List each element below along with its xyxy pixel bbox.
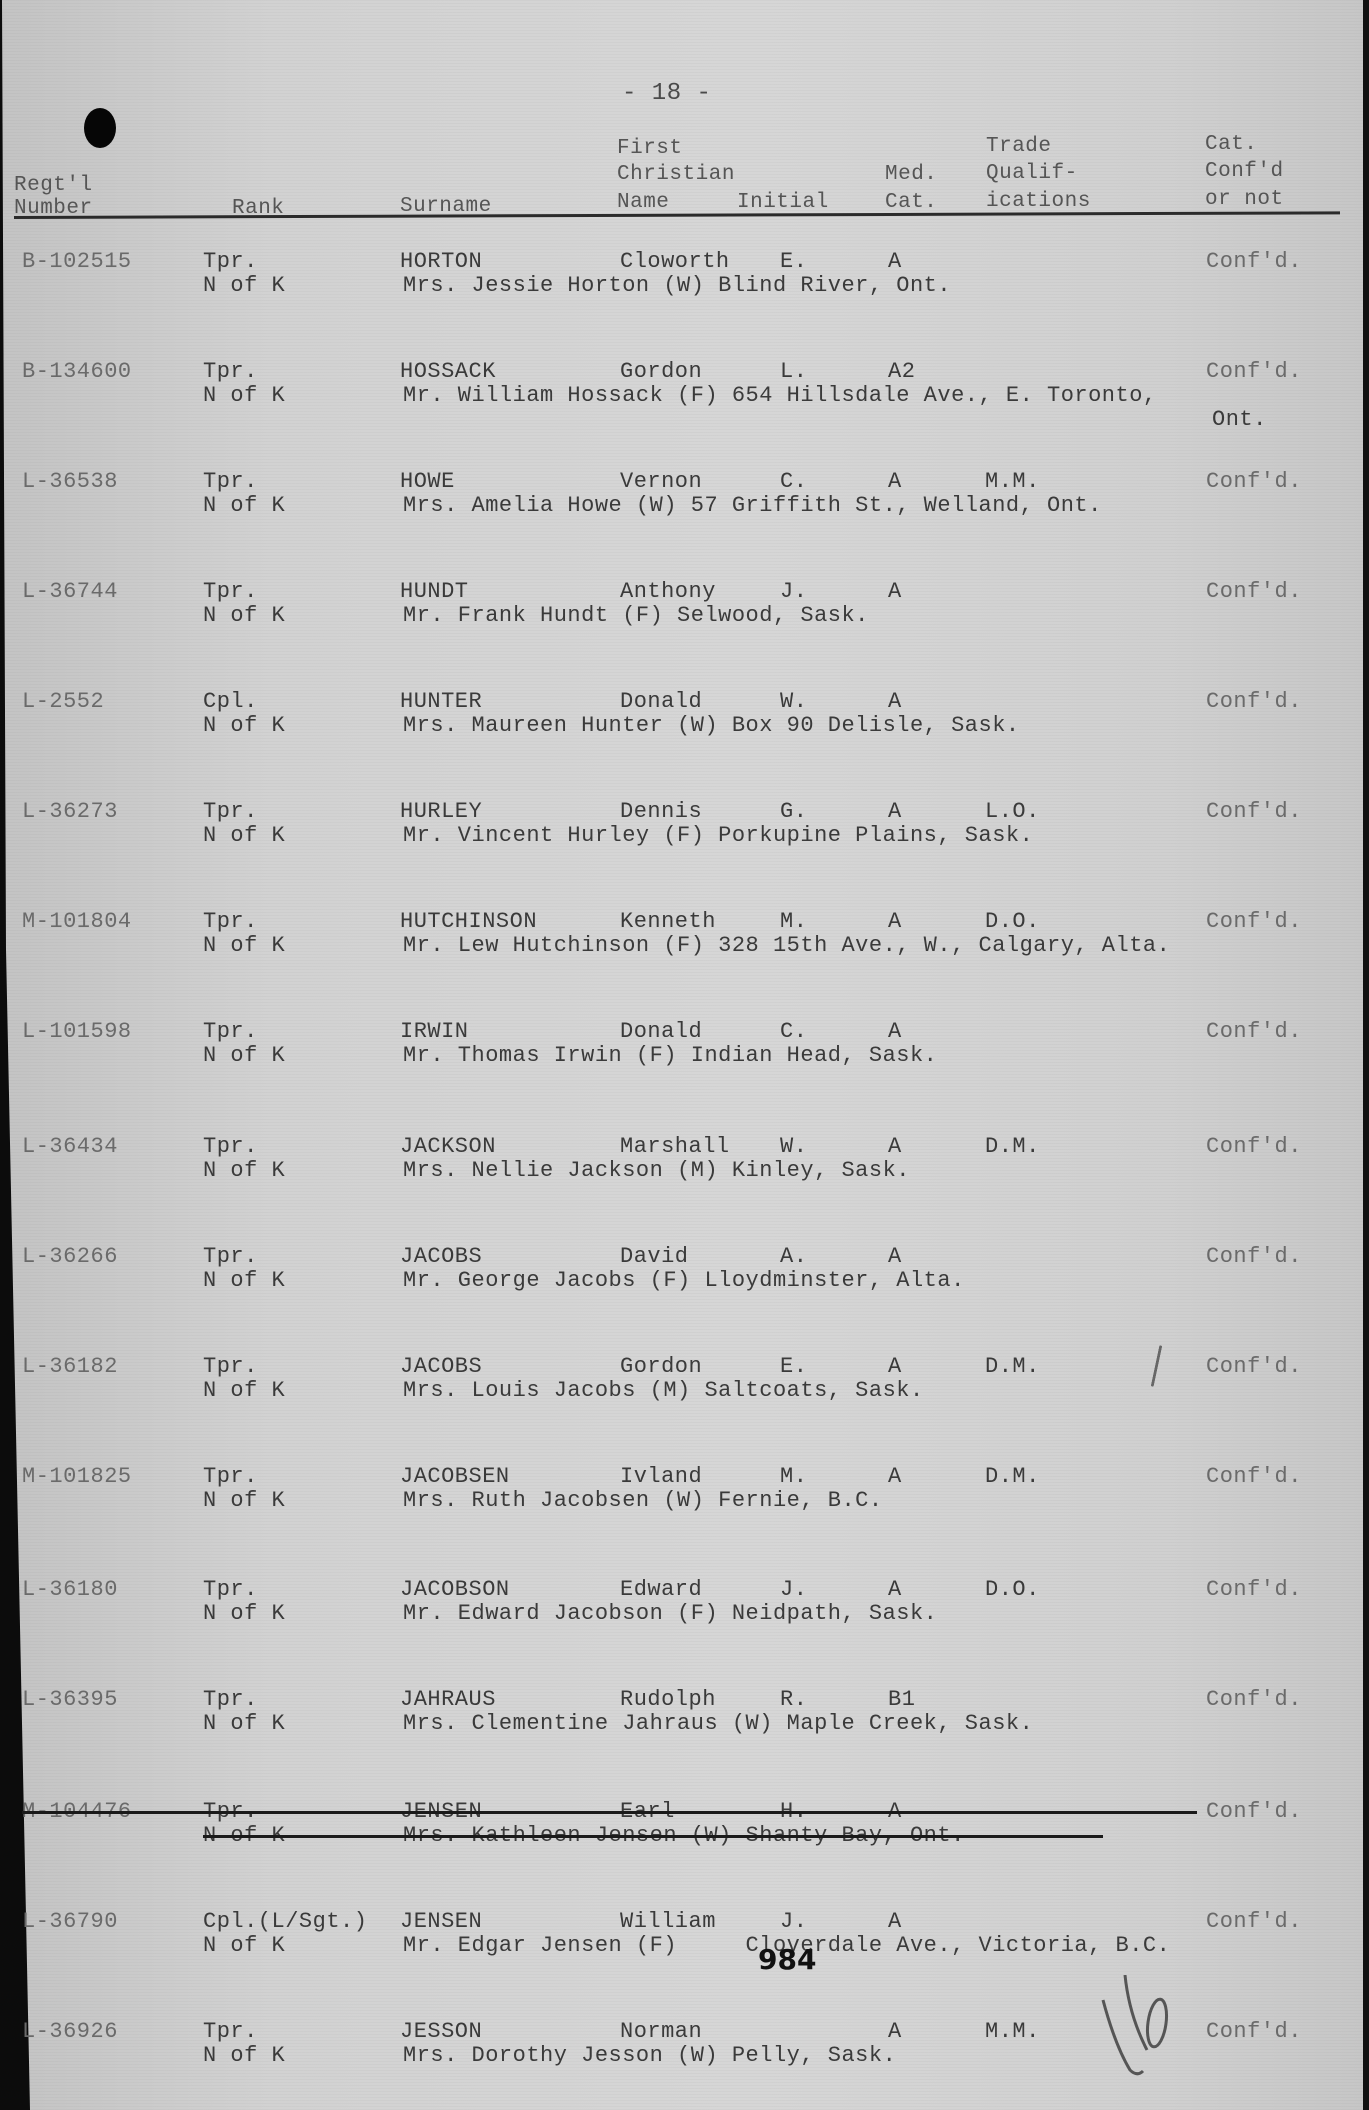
entry-med-cat: A: [888, 800, 902, 824]
scanned-page: - 18 - Regt'l Number Rank Surname First …: [0, 0, 1369, 2110]
header-initial: Initial: [737, 190, 829, 215]
entry-number: L-36180: [22, 1578, 118, 1602]
entry-number: L-36926: [22, 2020, 118, 2044]
entry-initial: J.: [780, 1578, 807, 1602]
roll-entry: L-36273Tpr.HURLEYDennisG.AL.O.Conf'd.N o…: [0, 800, 1369, 860]
entry-status: Conf'd.: [1206, 1800, 1302, 1824]
header-cat-confd-3: or not: [1205, 187, 1284, 212]
entry-trade: M.M.: [985, 470, 1040, 494]
entry-rank: Tpr.: [203, 1688, 258, 1712]
entry-med-cat: A: [888, 910, 902, 934]
entry-next-of-kin: Mrs. Jessie Horton (W) Blind River, Ont.: [403, 274, 951, 298]
roll-entry: L-101598Tpr.IRWINDonaldC.AConf'd.N of KM…: [0, 1020, 1369, 1080]
entry-status: Conf'd.: [1206, 800, 1302, 824]
entry-initial: M.: [780, 910, 807, 934]
roll-entry: L-36182Tpr.JACOBSGordonE.AD.M.Conf'd.N o…: [0, 1355, 1369, 1415]
roll-entry: L-36538Tpr.HOWEVernonC.AM.M.Conf'd.N of …: [0, 470, 1369, 530]
entry-surname: JENSEN: [400, 1910, 482, 1934]
entry-rank: Cpl.: [203, 690, 258, 714]
entry-status: Conf'd.: [1206, 1135, 1302, 1159]
entry-number: L-36790: [22, 1910, 118, 1934]
entry-surname: HORTON: [400, 250, 482, 274]
entry-next-of-kin: Mr. Edward Jacobson (F) Neidpath, Sask.: [403, 1602, 937, 1626]
entry-med-cat: A: [888, 1020, 902, 1044]
entry-surname: JACOBS: [400, 1355, 482, 1379]
entry-status: Conf'd.: [1206, 690, 1302, 714]
entry-trade: D.O.: [985, 910, 1040, 934]
entry-rank: Tpr.: [203, 470, 258, 494]
entry-next-of-kin: Mrs. Dorothy Jesson (W) Pelly, Sask.: [403, 2044, 896, 2068]
entry-surname: JESSON: [400, 2020, 482, 2044]
entry-status: Conf'd.: [1206, 580, 1302, 604]
entry-nok-label: N of K: [203, 714, 285, 738]
entry-initial: G.: [780, 800, 807, 824]
entry-next-of-kin: Mr. Lew Hutchinson (F) 328 15th Ave., W.…: [403, 934, 1170, 958]
entry-rank: Tpr.: [203, 2020, 258, 2044]
entry-next-of-kin: Mr. Frank Hundt (F) Selwood, Sask.: [403, 604, 869, 628]
entry-initial: C.: [780, 1020, 807, 1044]
entry-first-name: Anthony: [620, 580, 716, 604]
entry-next-of-kin: Mrs. Amelia Howe (W) 57 Griffith St., We…: [403, 494, 1102, 518]
strikethrough-line: [22, 1811, 1197, 1814]
roll-entry: M-104476Tpr.JENSENEarlH.AConf'd.N of KMr…: [0, 1800, 1369, 1860]
strikethrough-line: [203, 1835, 1103, 1838]
roll-entry: L-2552Cpl.HUNTERDonaldW.AConf'd.N of KMr…: [0, 690, 1369, 750]
entry-next-of-kin: Mr. George Jacobs (F) Lloydminster, Alta…: [403, 1269, 965, 1293]
entry-med-cat: A: [888, 1465, 902, 1489]
handwritten-house-number: 984: [758, 1943, 816, 1976]
entry-surname: JACOBS: [400, 1245, 482, 1269]
entry-med-cat: A: [888, 1578, 902, 1602]
entry-number: M-101804: [22, 910, 132, 934]
entry-first-name: Norman: [620, 2020, 702, 2044]
header-med-cat-1: Med.: [885, 162, 937, 187]
entry-number: L-36744: [22, 580, 118, 604]
entry-med-cat: A: [888, 2020, 902, 2044]
entry-status: Conf'd.: [1206, 1020, 1302, 1044]
entry-number: L-36182: [22, 1355, 118, 1379]
entry-status: Conf'd.: [1206, 1355, 1302, 1379]
roll-entry: L-36180Tpr.JACOBSONEdwardJ.AD.O.Conf'd.N…: [0, 1578, 1369, 1638]
entry-number: L-36434: [22, 1135, 118, 1159]
header-first-name-2: Christian: [617, 162, 735, 187]
entry-trade: D.M.: [985, 1465, 1040, 1489]
entry-nok-label: N of K: [203, 274, 285, 298]
entry-nok-label: N of K: [203, 494, 285, 518]
entry-next-of-kin: Mrs. Clementine Jahraus (W) Maple Creek,…: [403, 1712, 1033, 1736]
entry-rank: Tpr.: [203, 1355, 258, 1379]
header-med-cat-2: Cat.: [885, 190, 937, 215]
entry-first-name: Rudolph: [620, 1688, 716, 1712]
entry-status: Conf'd.: [1206, 1910, 1302, 1934]
entry-status: Conf'd.: [1206, 250, 1302, 274]
entry-first-name: Cloworth: [620, 250, 730, 274]
entry-surname: IRWIN: [400, 1020, 469, 1044]
entry-nok-label: N of K: [203, 604, 285, 628]
entry-nok-label: N of K: [203, 1159, 285, 1183]
entry-surname: JAHRAUS: [400, 1688, 496, 1712]
entry-nok-label: N of K: [203, 1269, 285, 1293]
entry-number: B-102515: [22, 250, 132, 274]
entry-nok-label: N of K: [203, 1044, 285, 1068]
entry-med-cat: A: [888, 1355, 902, 1379]
entry-nok-label: N of K: [203, 1712, 285, 1736]
entry-next-of-kin: Mr. William Hossack (F) 654 Hillsdale Av…: [403, 384, 1157, 408]
entry-rank: Tpr.: [203, 1135, 258, 1159]
roll-entry: B-134600Tpr.HOSSACKGordonL.A2Conf'd.N of…: [0, 360, 1369, 420]
header-trade-3: ications: [986, 189, 1091, 214]
entry-first-name: William: [620, 1910, 716, 1934]
entry-initial: J.: [780, 580, 807, 604]
header-first-name-1: First: [617, 136, 683, 161]
entry-rank: Tpr.: [203, 1578, 258, 1602]
entry-rank: Tpr.: [203, 1245, 258, 1269]
entry-first-name: Kenneth: [620, 910, 716, 934]
entry-next-of-kin: Mrs. Ruth Jacobsen (W) Fernie, B.C.: [403, 1489, 883, 1513]
entry-surname: JACOBSON: [400, 1578, 510, 1602]
entry-med-cat: B1: [888, 1688, 915, 1712]
entry-initial: W.: [780, 690, 807, 714]
entry-trade: M.M.: [985, 2020, 1040, 2044]
entry-med-cat: A: [888, 470, 902, 494]
entry-rank: Tpr.: [203, 1020, 258, 1044]
entry-number: L-36273: [22, 800, 118, 824]
roll-entry: B-102515Tpr.HORTONCloworthE.AConf'd.N of…: [0, 250, 1369, 310]
entry-first-name: Dennis: [620, 800, 702, 824]
entry-med-cat: A: [888, 1245, 902, 1269]
entry-initial: M.: [780, 1465, 807, 1489]
roll-entry: L-36266Tpr.JACOBSDavidA.AConf'd.N of KMr…: [0, 1245, 1369, 1305]
entry-status: Conf'd.: [1206, 1465, 1302, 1489]
entry-surname: HUNDT: [400, 580, 469, 604]
entry-next-of-kin: Mr. Thomas Irwin (F) Indian Head, Sask.: [403, 1044, 937, 1068]
entry-rank: Tpr.: [203, 580, 258, 604]
entry-initial: E.: [780, 1355, 807, 1379]
entry-nok-label: N of K: [203, 1602, 285, 1626]
roll-entry: L-36790Cpl.(L/Sgt.)JENSENWilliamJ.AConf'…: [0, 1910, 1369, 1970]
entry-first-name: Donald: [620, 1020, 702, 1044]
entry-next-of-kin: Mr. Vincent Hurley (F) Porkupine Plains,…: [403, 824, 1033, 848]
entry-status: Conf'd.: [1206, 910, 1302, 934]
entry-number: M-101825: [22, 1465, 132, 1489]
entry-nok-label: N of K: [203, 934, 285, 958]
entry-med-cat: A: [888, 580, 902, 604]
entry-surname: HUNTER: [400, 690, 482, 714]
entry-med-cat: A: [888, 1910, 902, 1934]
entry-trade: D.M.: [985, 1355, 1040, 1379]
entry-status: Conf'd.: [1206, 1578, 1302, 1602]
header-trade-2: Qualif-: [986, 161, 1078, 186]
entry-med-cat: A2: [888, 360, 915, 384]
entry-rank: Tpr.: [203, 1465, 258, 1489]
entry-surname: JACOBSEN: [400, 1465, 510, 1489]
entry-nok-label: N of K: [203, 1489, 285, 1513]
entry-nok-label: N of K: [203, 824, 285, 848]
entry-trade: D.O.: [985, 1578, 1040, 1602]
entry-rank: Tpr.: [203, 800, 258, 824]
entry-rank: Cpl.(L/Sgt.): [203, 1910, 367, 1934]
entry-first-name: Donald: [620, 690, 702, 714]
entry-status: Conf'd.: [1206, 2020, 1302, 2044]
entry-status: Conf'd.: [1206, 360, 1302, 384]
header-first-name-3: Name: [617, 190, 669, 215]
entry-nok-label: N of K: [203, 2044, 285, 2068]
entry-initial: E.: [780, 250, 807, 274]
entry-next-of-kin-continued: Ont.: [1212, 408, 1267, 432]
entry-nok-label: N of K: [203, 384, 285, 408]
entry-next-of-kin: Mrs. Louis Jacobs (M) Saltcoats, Sask.: [403, 1379, 924, 1403]
entry-surname: HOWE: [400, 470, 455, 494]
entry-rank: Tpr.: [203, 250, 258, 274]
entry-next-of-kin: Mrs. Maureen Hunter (W) Box 90 Delisle, …: [403, 714, 1020, 738]
roll-entry: L-36395Tpr.JAHRAUSRudolphR.B1Conf'd.N of…: [0, 1688, 1369, 1748]
entry-first-name: Gordon: [620, 360, 702, 384]
entry-first-name: David: [620, 1245, 689, 1269]
header-cat-confd-1: Cat.: [1205, 132, 1257, 157]
entry-trade: L.O.: [985, 800, 1040, 824]
roll-entry: L-36744Tpr.HUNDTAnthonyJ.AConf'd.N of KM…: [0, 580, 1369, 640]
entry-surname: HUTCHINSON: [400, 910, 537, 934]
entry-med-cat: A: [888, 1135, 902, 1159]
entry-initial: W.: [780, 1135, 807, 1159]
entry-trade: D.M.: [985, 1135, 1040, 1159]
entry-surname: HOSSACK: [400, 360, 496, 384]
entry-status: Conf'd.: [1206, 1245, 1302, 1269]
entry-number: L-2552: [22, 690, 104, 714]
entry-rank: Tpr.: [203, 360, 258, 384]
header-regtl-number-1: Regt'l: [14, 173, 93, 198]
entry-surname: HURLEY: [400, 800, 482, 824]
handwritten-margin-mark: [1095, 1975, 1175, 2085]
entry-initial: C.: [780, 470, 807, 494]
entry-next-of-kin: Mrs. Nellie Jackson (M) Kinley, Sask.: [403, 1159, 910, 1183]
entry-number: B-134600: [22, 360, 132, 384]
entry-initial: L.: [780, 360, 807, 384]
header-cat-confd-2: Conf'd: [1205, 159, 1284, 184]
roll-entry: M-101804Tpr.HUTCHINSONKennethM.AD.O.Conf…: [0, 910, 1369, 970]
page-number: - 18 -: [622, 82, 711, 106]
entry-med-cat: A: [888, 690, 902, 714]
entry-nok-label: N of K: [203, 1934, 285, 1958]
entry-status: Conf'd.: [1206, 470, 1302, 494]
entry-initial: J.: [780, 1910, 807, 1934]
entry-number: L-36395: [22, 1688, 118, 1712]
entry-number: L-101598: [22, 1020, 132, 1044]
entry-number: L-36266: [22, 1245, 118, 1269]
entry-first-name: Ivland: [620, 1465, 702, 1489]
entry-surname: JACKSON: [400, 1135, 496, 1159]
header-trade-1: Trade: [986, 134, 1052, 159]
header-rule: [14, 211, 1340, 219]
entry-first-name: Gordon: [620, 1355, 702, 1379]
entry-status: Conf'd.: [1206, 1688, 1302, 1712]
entry-med-cat: A: [888, 250, 902, 274]
entry-first-name: Edward: [620, 1578, 702, 1602]
entry-number: L-36538: [22, 470, 118, 494]
roll-entry: M-101825Tpr.JACOBSENIvlandM.AD.M.Conf'd.…: [0, 1465, 1369, 1525]
entry-first-name: Vernon: [620, 470, 702, 494]
entry-initial: R.: [780, 1688, 807, 1712]
entry-initial: A.: [780, 1245, 807, 1269]
entry-first-name: Marshall: [620, 1135, 730, 1159]
roll-entry: L-36434Tpr.JACKSONMarshallW.AD.M.Conf'd.…: [0, 1135, 1369, 1195]
entry-nok-label: N of K: [203, 1379, 285, 1403]
punch-hole: [84, 108, 116, 148]
entry-rank: Tpr.: [203, 910, 258, 934]
